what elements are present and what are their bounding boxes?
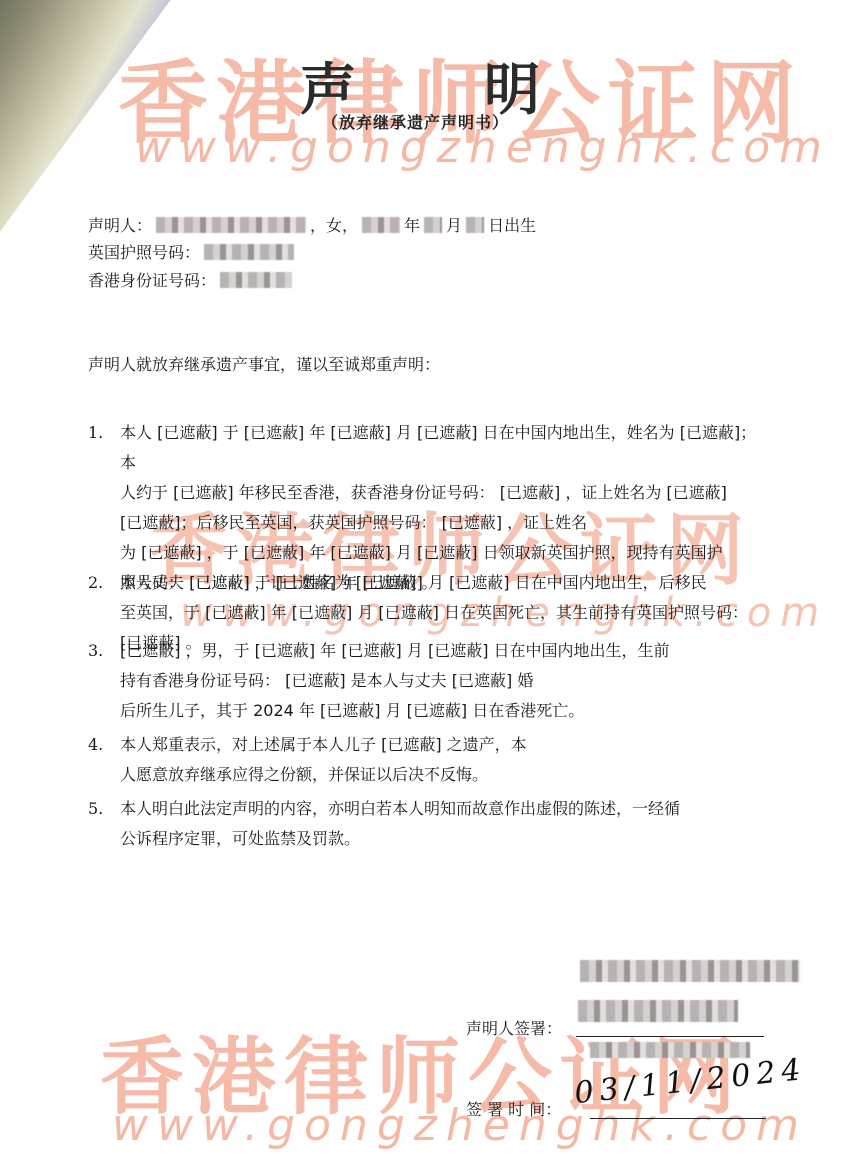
item-number: 5. <box>88 794 103 824</box>
redacted-signature <box>578 1000 738 1022</box>
statement-item-5: 5. 本人明白此法定声明的内容，亦明白若本人明知而故意作出虚假的陈述，一经循 公… <box>88 794 768 854</box>
item-number: 1. <box>88 418 103 448</box>
declarant-label: 声明人： <box>88 216 152 235</box>
item-line: 人约于 [已遮蔽] 年移民至香港，获香港身份证号码： [已遮蔽] ，证上姓名为 … <box>120 478 768 508</box>
statement-item-4: 4. 本人郑重表示，对上述属于本人儿子 [已遮蔽] 之遗产，本 人愿意放弃继承应… <box>88 730 768 790</box>
item-number: 3. <box>88 636 103 666</box>
statement-item-3: 3. [已遮蔽] ，男，于 [已遮蔽] 年 [已遮蔽] 月 [已遮蔽] 日在中国… <box>88 636 768 726</box>
item-line: [已遮蔽] ，男，于 [已遮蔽] 年 [已遮蔽] 月 [已遮蔽] 日在中国内地出… <box>120 636 768 666</box>
redacted-name <box>156 217 306 233</box>
item-line: 持有香港身份证号码： [已遮蔽] 是本人与丈夫 [已遮蔽] 婚 <box>120 666 768 696</box>
hk-id-line: 香港身份证号码： <box>88 270 296 292</box>
sex-text: ，女， <box>310 216 358 235</box>
handwritten-date: 03/11/2024 <box>573 1052 808 1111</box>
signature-label: 声明人签署： <box>466 1016 562 1039</box>
day-label: 日出生 <box>488 216 536 235</box>
intro-statement: 声明人就放弃继承遗产事宜，谨以至诚郑重声明： <box>88 354 440 376</box>
hk-id-label: 香港身份证号码： <box>88 271 216 290</box>
redacted-signature-top <box>580 960 800 982</box>
declaration-document: 声 明 （放弃继承遗产声明书） 声明人：，女，年月日出生 英国护照号码： 香港身… <box>0 0 850 1175</box>
item-line: 本人丈夫 [已遮蔽] 于 [已遮蔽] 年 [已遮蔽] 月 [已遮蔽] 日在中国内… <box>120 568 768 598</box>
date-label: 签 署 时 间： <box>466 1097 561 1120</box>
redacted-day <box>466 217 484 233</box>
item-line: 本人明白此法定声明的内容，亦明白若本人明知而故意作出虚假的陈述，一经循 <box>120 794 768 824</box>
declarant-line: 声明人：，女，年月日出生 <box>88 215 536 237</box>
document-subtitle: （放弃继承遗产声明书） <box>322 110 509 133</box>
item-line: 人愿意放弃继承应得之份额，并保证以后决不反悔。 <box>120 760 768 790</box>
uk-passport-label: 英国护照号码： <box>88 243 200 262</box>
item-line: 本人郑重表示，对上述属于本人儿子 [已遮蔽] 之遗产，本 <box>120 730 768 760</box>
item-line: [已遮蔽]；后移民至英国，获英国护照号码： [已遮蔽] ，证上姓名 <box>120 508 768 538</box>
redacted-hk-id <box>220 272 292 288</box>
item-number: 4. <box>88 730 103 760</box>
item-line: 为 [已遮蔽] ，于 [已遮蔽] 年 [已遮蔽] 月 [已遮蔽] 日领取新英国护… <box>120 538 768 568</box>
item-line: 后所生儿子，其于 2024 年 [已遮蔽] 月 [已遮蔽] 日在香港死亡。 <box>120 696 768 726</box>
item-number: 2. <box>88 568 103 598</box>
uk-passport-line: 英国护照号码： <box>88 242 298 264</box>
month-label: 月 <box>446 216 462 235</box>
date-line <box>590 1118 766 1119</box>
redacted-year <box>362 217 400 233</box>
redacted-printed-name <box>590 1042 750 1058</box>
redacted-month <box>424 217 442 233</box>
item-line: 本人 [已遮蔽] 于 [已遮蔽] 年 [已遮蔽] 月 [已遮蔽] 日在中国内地出… <box>120 418 768 478</box>
item-line: 公诉程序定罪，可处监禁及罚款。 <box>120 824 768 854</box>
year-label: 年 <box>404 216 420 235</box>
redacted-uk-passport <box>204 244 294 260</box>
signature-line <box>576 1036 764 1037</box>
